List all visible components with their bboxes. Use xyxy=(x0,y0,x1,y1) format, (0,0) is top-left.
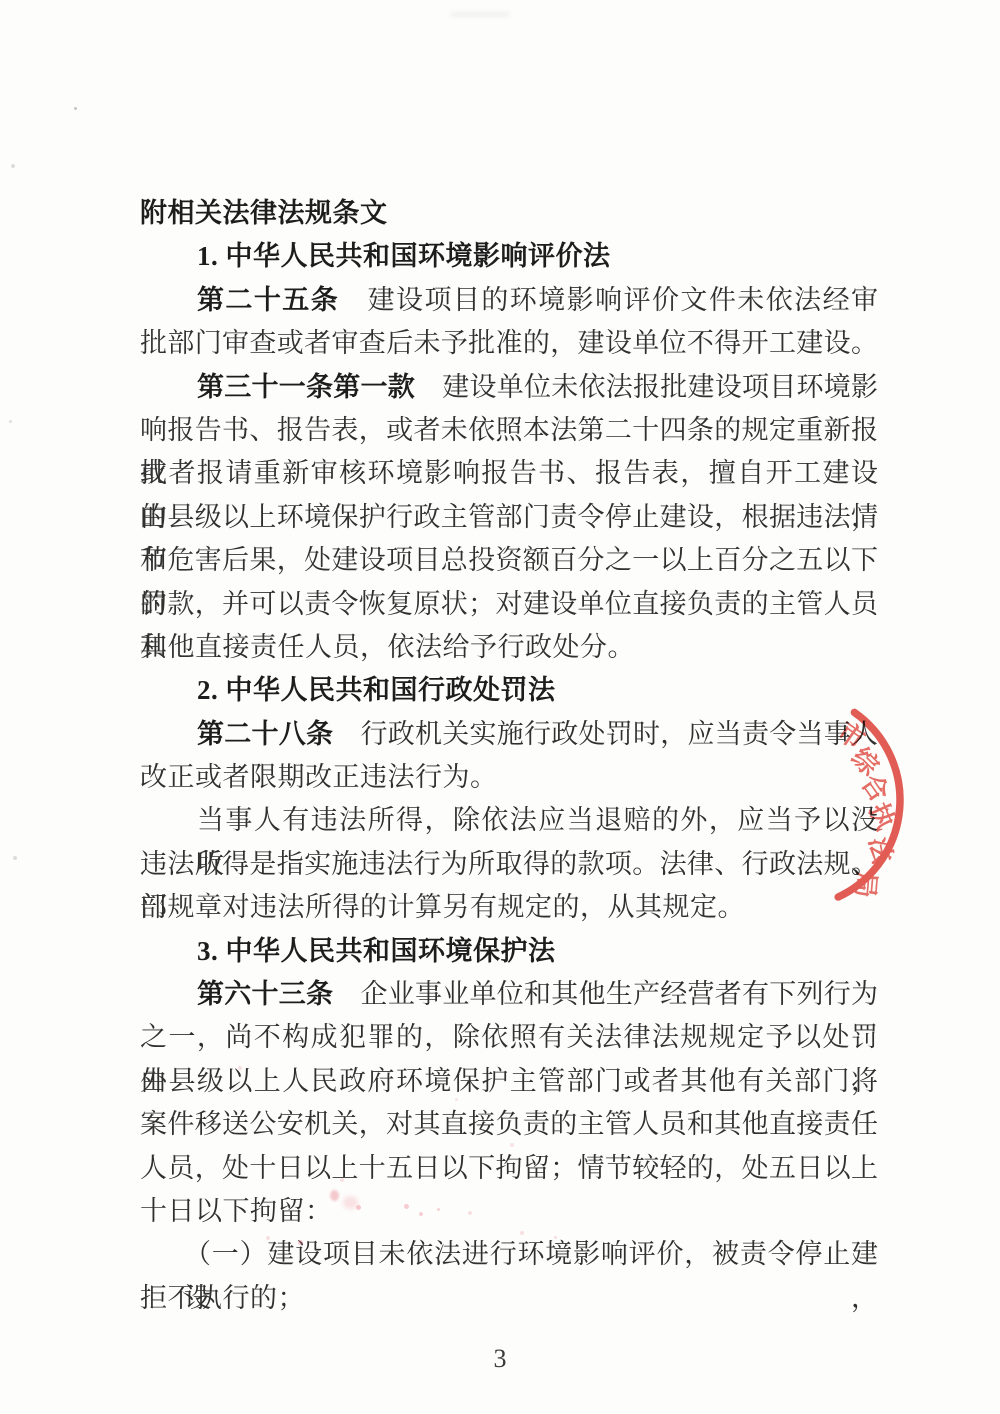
scan-noise xyxy=(74,107,77,110)
text-line: （一）建设项目未依法进行环境影响评价，被责令停止建设， xyxy=(140,1233,878,1276)
text-line: 响报告书、报告表，或者未依照本法第二十四条的规定重新报批 xyxy=(140,409,878,452)
text-line: 第二十五条 建设项目的环境影响评价文件未依法经审 xyxy=(140,279,878,322)
seal-character: 局 xyxy=(850,871,881,899)
text-line: 或者报请重新审核环境影响报告书、报告表，擅自开工建设的， xyxy=(140,452,878,495)
text-line: 由县级以上环境保护行政主管部门责令停止建设，根据违法情节 xyxy=(140,496,878,539)
scan-noise xyxy=(11,164,15,168)
scan-noise xyxy=(13,856,17,860)
text-line: 十日以下拘留： xyxy=(140,1190,878,1233)
text-line: 批部门审查或者审查后未予批准的，建设单位不得开工建设。 xyxy=(140,322,878,365)
section-heading-1: 1. 中华人民共和国环境影响评价法 xyxy=(140,235,878,278)
text-line: 人员，处十日以上十五日以下拘留；情节较轻的，处五日以上 xyxy=(140,1147,878,1190)
seal-arc-graphic: 市 综 合 执 法 局 xyxy=(700,690,930,920)
text-line: 第三十一条第一款 建设单位未依法报批建设项目环境影 xyxy=(140,366,878,409)
page-number: 3 xyxy=(0,1344,1000,1374)
scan-noise xyxy=(9,420,12,423)
text-line: 和危害后果，处建设项目总投资额百分之一以上百分之五以下的 xyxy=(140,539,878,582)
official-seal: 市 综 合 执 法 局 xyxy=(700,690,930,920)
document-title: 附相关法律法规条文 xyxy=(140,192,878,235)
scan-noise xyxy=(450,12,510,17)
text-line: 案件移送公安机关，对其直接负责的主管人员和其他直接责任 xyxy=(140,1103,878,1146)
text-line: 罚款，并可以责令恢复原状；对建设单位直接负责的主管人员和 xyxy=(140,583,878,626)
text-line: 由县级以上人民政府环境保护主管部门或者其他有关部门将 xyxy=(140,1060,878,1103)
seal-character: 法 xyxy=(864,835,898,867)
text-line: 之一，尚不构成犯罪的，除依照有关法律法规规定予以处罚外， xyxy=(140,1016,878,1059)
document-page: 附相关法律法规条文 1. 中华人民共和国环境影响评价法 第二十五条 建设项目的环… xyxy=(0,0,1000,1414)
text-line: 第六十三条 企业事业单位和其他生产经营者有下列行为 xyxy=(140,973,878,1016)
section-heading-3: 3. 中华人民共和国环境保护法 xyxy=(140,930,878,973)
text-line: 其他直接责任人员，依法给予行政处分。 xyxy=(140,626,878,669)
